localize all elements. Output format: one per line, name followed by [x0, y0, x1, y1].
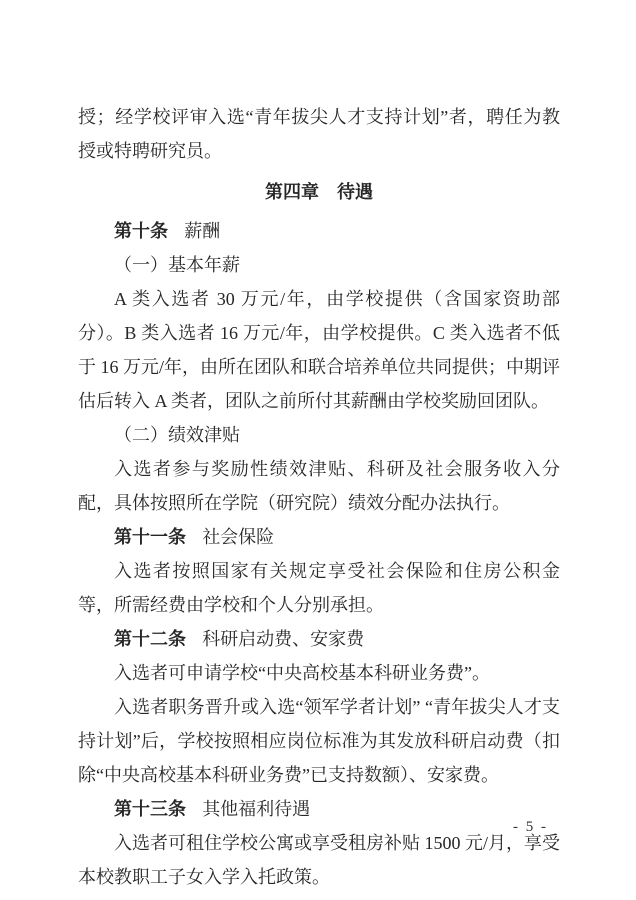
article-10-paragraph-1: （一）基本年薪: [78, 248, 560, 282]
chapter-label: 第四章: [265, 182, 319, 202]
article-10-paragraph-3: （二）绩效津贴: [78, 418, 560, 452]
document-content: 授；经学校评审入选“青年拔尖人才支持计划”者，聘任为教授或特聘研究员。 第四章待…: [78, 100, 560, 894]
article-10-title: 薪酬: [184, 221, 220, 241]
article-12-paragraph-1: 入选者可申请学校“中央高校基本科研业务费”。: [78, 656, 560, 690]
page-number: - 5 -: [513, 818, 548, 836]
article-12-paragraph-2: 入选者职务晋升或入选“领军学者计划” “青年拔尖人才支持计划”后，学校按照相应岗…: [78, 690, 560, 792]
article-13-label: 第十三条: [114, 799, 186, 819]
article-10-paragraph-2: A 类入选者 30 万元/年，由学校提供（含国家资助部分）。B 类入选者 16 …: [78, 282, 560, 418]
chapter-heading: 第四章待遇: [78, 175, 560, 209]
article-11-title: 社会保险: [202, 527, 274, 547]
article-11-heading: 第十一条社会保险: [78, 520, 560, 554]
document-page: 授；经学校评审入选“青年拔尖人才支持计划”者，聘任为教授或特聘研究员。 第四章待…: [0, 0, 636, 900]
article-13-paragraph-1: 入选者可租住学校公寓或享受租房补贴 1500 元/月，享受本校教职工子女入学入托…: [78, 826, 560, 894]
article-12-heading: 第十二条科研启动费、安家费: [78, 622, 560, 656]
chapter-title: 待遇: [337, 182, 373, 202]
article-13-title: 其他福利待遇: [202, 799, 310, 819]
article-12-label: 第十二条: [114, 629, 186, 649]
article-13-heading: 第十三条其他福利待遇: [78, 792, 560, 826]
article-10-heading: 第十条薪酬: [78, 214, 560, 248]
article-10-label: 第十条: [114, 221, 168, 241]
article-10-paragraph-4: 入选者参与奖励性绩效津贴、科研及社会服务收入分配，具体按照所在学院（研究院）绩效…: [78, 452, 560, 520]
article-11-paragraph-1: 入选者按照国家有关规定享受社会保险和住房公积金等，所需经费由学校和个人分别承担。: [78, 554, 560, 622]
article-12-title: 科研启动费、安家费: [202, 629, 364, 649]
article-11-label: 第十一条: [114, 527, 186, 547]
continuation-paragraph: 授；经学校评审入选“青年拔尖人才支持计划”者，聘任为教授或特聘研究员。: [78, 100, 560, 168]
